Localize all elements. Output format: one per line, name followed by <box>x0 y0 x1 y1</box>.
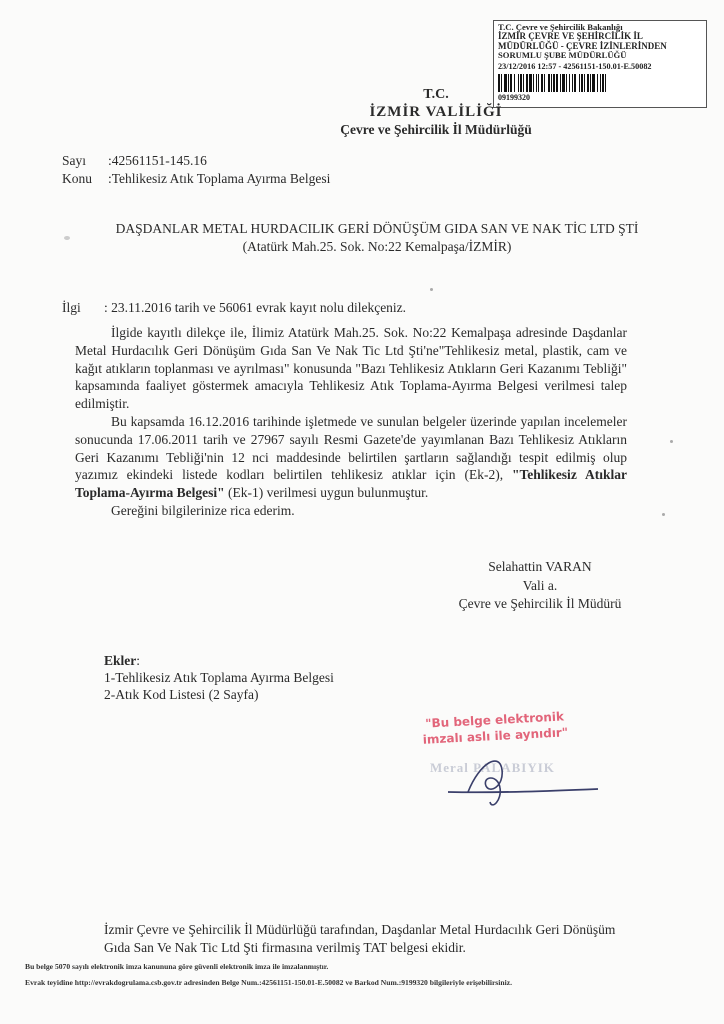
e-signature-notice: Bu belge 5070 sayılı elektronik imza kan… <box>25 962 328 971</box>
signature-block: Selahattin VARAN Vali a. Çevre ve Şehirc… <box>440 558 640 614</box>
scan-speck <box>670 440 673 443</box>
scan-speck <box>64 236 70 240</box>
konu-label: Konu <box>62 170 108 188</box>
addressee: DAŞDANLAR METAL HURDACILIK GERİ DÖNÜŞÜM … <box>0 220 724 256</box>
handwritten-signature-icon <box>440 752 600 812</box>
body-paragraph-3: Gereğini bilgilerinize rica ederim. <box>75 502 627 520</box>
scan-speck <box>430 288 433 291</box>
stamp-date-ref: 23/12/2016 12:57 - 42561151-150.01-E.500… <box>498 62 702 72</box>
footer-note: İzmir Çevre ve Şehircilik İl Müdürlüğü t… <box>104 921 624 957</box>
sayi-label: Sayı <box>62 152 108 170</box>
body-paragraph-1: İlgide kayıtlı dilekçe ile, İlimiz Atatü… <box>75 324 627 413</box>
ilgi-value: : 23.11.2016 tarih ve 56061 evrak kayıt … <box>104 299 406 317</box>
sayi-value: :42561151-145.16 <box>108 152 207 170</box>
signer-on-behalf: Vali a. <box>440 577 640 596</box>
reference-block: Sayı :42561151-145.16 Konu :Tehlikesiz A… <box>62 152 330 188</box>
addressee-company: DAŞDANLAR METAL HURDACILIK GERİ DÖNÜŞÜM … <box>30 220 724 238</box>
attachment-item: 1-Tehlikesiz Atık Toplama Ayırma Belgesi <box>104 669 334 686</box>
attachments-colon: : <box>136 653 140 668</box>
related-reference: İlgi : 23.11.2016 tarih ve 56061 evrak k… <box>62 299 406 317</box>
letterhead-governorship: İZMİR VALİLİĞİ <box>148 103 724 121</box>
letterhead-tc: T.C. <box>148 86 724 103</box>
konu-value: :Tehlikesiz Atık Toplama Ayırma Belgesi <box>108 170 330 188</box>
ilgi-label: İlgi <box>62 299 104 317</box>
scan-speck <box>662 513 665 516</box>
letterhead: T.C. İZMİR VALİLİĞİ Çevre ve Şehircilik … <box>0 86 724 138</box>
attachments: Ekler: 1-Tehlikesiz Atık Toplama Ayırma … <box>104 652 334 703</box>
stamp-line-4: SORUMLU ŞUBE MÜDÜRLÜĞÜ <box>498 51 702 60</box>
addressee-address: (Atatürk Mah.25. Sok. No:22 Kemalpaşa/İZ… <box>30 238 724 256</box>
signer-name: Selahattin VARAN <box>440 558 640 577</box>
body-paragraph-2: Bu kapsamda 16.12.2016 tarihinde işletme… <box>75 413 627 502</box>
verification-notice: Evrak teyidine http://evrakdogrulama.csb… <box>25 978 512 987</box>
signer-title: Çevre ve Şehircilik İl Müdürü <box>440 595 640 614</box>
letter-body: İlgide kayıtlı dilekçe ile, İlimiz Atatü… <box>75 324 627 520</box>
attachment-item: 2-Atık Kod Listesi (2 Sayfa) <box>104 686 334 703</box>
certification-stamp: "Bu belge elektronik imzalı aslı ile ayn… <box>419 708 570 748</box>
letterhead-directorate: Çevre ve Şehircilik İl Müdürlüğü <box>148 121 724 138</box>
attachments-title: Ekler <box>104 653 136 668</box>
body-paragraph-2-end: (Ek-1) verilmesi uygun bulunmuştur. <box>225 485 429 500</box>
